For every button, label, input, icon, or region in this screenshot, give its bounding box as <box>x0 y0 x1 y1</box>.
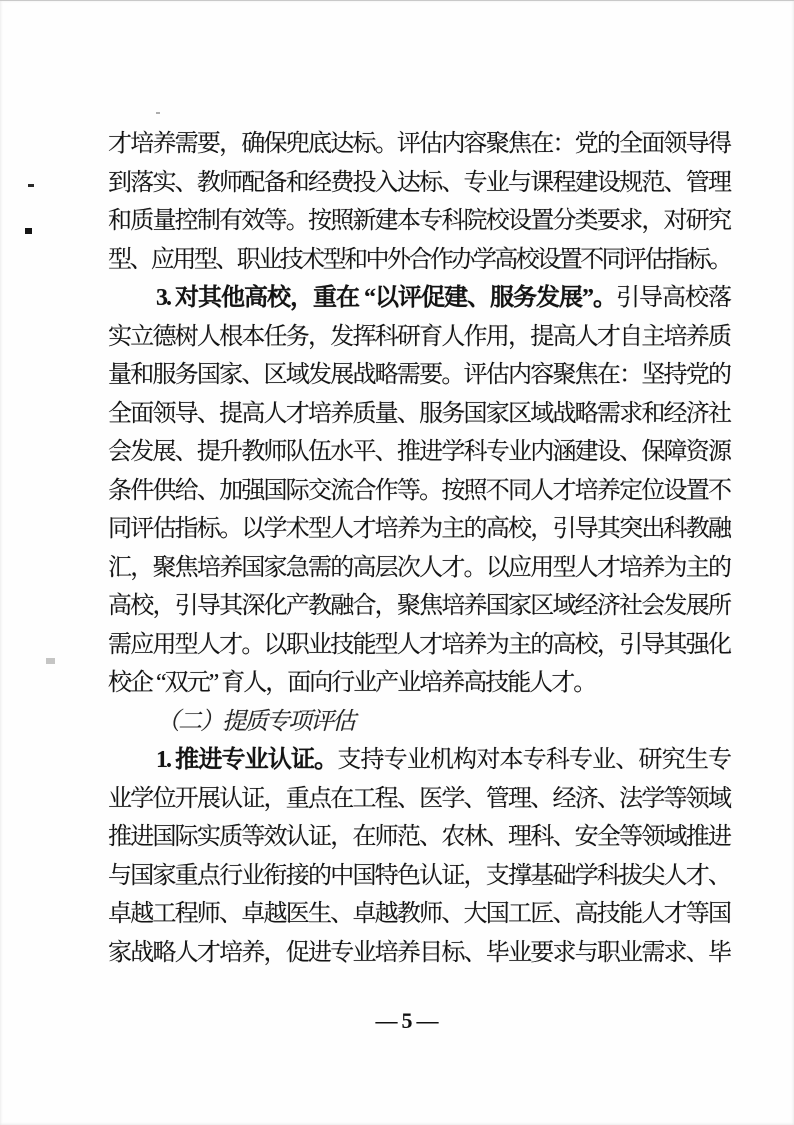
text-run: 高校，引导其深化产教融合，聚焦培养国家区域经济社会发展所 <box>108 593 730 619</box>
text-line: 才培养需要，确保兜底达标。评估内容聚焦在：党的全面领导得 <box>108 125 730 164</box>
page-footer: —5— <box>10 1008 794 1034</box>
ink-speck <box>28 184 34 187</box>
text-run: 实立德树人根本任务，发挥科研育人作用，提高人才自主培养质 <box>108 324 730 350</box>
footer-right-dash: — <box>417 1008 439 1033</box>
text-line: 需应用型人才。以职业技能型人才培养为主的高校，引导其强化 <box>108 626 730 665</box>
text-line: 高校，引导其深化产教融合，聚焦培养国家区域经济社会发展所 <box>108 587 730 626</box>
text-line: 汇，聚焦培养国家急需的高层次人才。以应用型人才培养为主的 <box>108 549 730 588</box>
text-line: 1. 推进专业认证。支持专业机构对本专科专业、研究生专 <box>108 741 730 780</box>
text-run: 到落实、教师配备和经费投入达标、专业与课程建设规范、管理 <box>108 170 730 196</box>
text-run: 和质量控制有效等。按照新建本专科院校设置分类要求，对研究 <box>108 208 730 234</box>
text-run: 校企 “双元” 育人，面向行业产业培养高技能人才。 <box>108 670 595 696</box>
text-run: 会发展、提升教师队伍水平、推进学科专业内涵建设、保障资源 <box>108 439 730 465</box>
text-run: 家战略人才培养，促进专业培养目标、毕业要求与职业需求、毕 <box>108 940 730 966</box>
text-line: 全面领导、提高人才培养质量、服务国家区域战略需求和经济社 <box>108 395 730 434</box>
text-run: 推进国际实质等效认证，在师范、农林、理科、安全等领域推进 <box>108 824 730 850</box>
document-page: 才培养需要，确保兜底达标。评估内容聚焦在：党的全面领导得到落实、教师配备和经费投… <box>0 0 794 1125</box>
page-number: 5 <box>402 1008 413 1033</box>
text-line: 同评估指标。以学术型人才培养为主的高校，引导其突出科教融 <box>108 510 730 549</box>
text-run: 条件供给、加强国际交流合作等。按照不同人才培养定位设置不 <box>108 478 730 504</box>
text-run: 业学位开展认证，重点在工程、医学、管理、经济、法学等领域 <box>108 786 730 812</box>
text-line: 家战略人才培养，促进专业培养目标、毕业要求与职业需求、毕 <box>108 934 730 973</box>
text-line: 实立德树人根本任务，发挥科研育人作用，提高人才自主培养质 <box>108 318 730 357</box>
text-run: 才培养需要，确保兜底达标。评估内容聚焦在：党的全面领导得 <box>108 131 730 157</box>
text-line: 到落实、教师配备和经费投入达标、专业与课程建设规范、管理 <box>108 164 730 203</box>
text-line: 型、应用型、职业技术型和中外合作办学高校设置不同评估指标。 <box>108 241 730 280</box>
text-run: 型、应用型、职业技术型和中外合作办学高校设置不同评估指标。 <box>108 247 730 273</box>
text-line: 与国家重点行业衔接的中国特色认证，支撑基础学科拔尖人才、 <box>108 857 730 896</box>
text-run: 引导高校落 <box>616 285 730 311</box>
text-run: （二）提质专项评估 <box>156 709 354 735</box>
text-line: 业学位开展认证，重点在工程、医学、管理、经济、法学等领域 <box>108 780 730 819</box>
text-run: 与国家重点行业衔接的中国特色认证，支撑基础学科拔尖人才、 <box>108 863 730 889</box>
text-run: 需应用型人才。以职业技能型人才培养为主的高校，引导其强化 <box>108 632 730 658</box>
text-run: 汇，聚焦培养国家急需的高层次人才。以应用型人才培养为主的 <box>108 555 730 581</box>
ink-speck <box>156 112 160 114</box>
text-line: 卓越工程师、卓越医生、卓越教师、大国工匠、高技能人才等国 <box>108 895 730 934</box>
text-run: 同评估指标。以学术型人才培养为主的高校，引导其突出科教融 <box>108 516 730 542</box>
text-line: 会发展、提升教师队伍水平、推进学科专业内涵建设、保障资源 <box>108 433 730 472</box>
document-body: 才培养需要，确保兜底达标。评估内容聚焦在：党的全面领导得到落实、教师配备和经费投… <box>108 125 730 972</box>
text-line: 校企 “双元” 育人，面向行业产业培养高技能人才。 <box>108 664 730 703</box>
ink-speck <box>46 658 55 664</box>
text-run: 支持专业机构对本专科专业、研究生专 <box>337 747 730 773</box>
text-line: 条件供给、加强国际交流合作等。按照不同人才培养定位设置不 <box>108 472 730 511</box>
text-line: 量和服务国家、区域发展战略需要。评估内容聚焦在：坚持党的 <box>108 356 730 395</box>
text-run: 1. 推进专业认证。 <box>156 747 337 773</box>
ink-speck <box>25 228 32 234</box>
text-run: 量和服务国家、区域发展战略需要。评估内容聚焦在：坚持党的 <box>108 362 730 388</box>
text-run: 卓越工程师、卓越医生、卓越教师、大国工匠、高技能人才等国 <box>108 901 730 927</box>
text-line: （二）提质专项评估 <box>108 703 730 742</box>
footer-left-dash: — <box>376 1008 398 1033</box>
text-line: 3. 对其他高校，重在 “以评促建、服务发展”。引导高校落 <box>108 279 730 318</box>
text-line: 推进国际实质等效认证，在师范、农林、理科、安全等领域推进 <box>108 818 730 857</box>
text-run: 3. 对其他高校，重在 “以评促建、服务发展”。 <box>156 285 616 311</box>
text-line: 和质量控制有效等。按照新建本专科院校设置分类要求，对研究 <box>108 202 730 241</box>
text-run: 全面领导、提高人才培养质量、服务国家区域战略需求和经济社 <box>108 401 730 427</box>
